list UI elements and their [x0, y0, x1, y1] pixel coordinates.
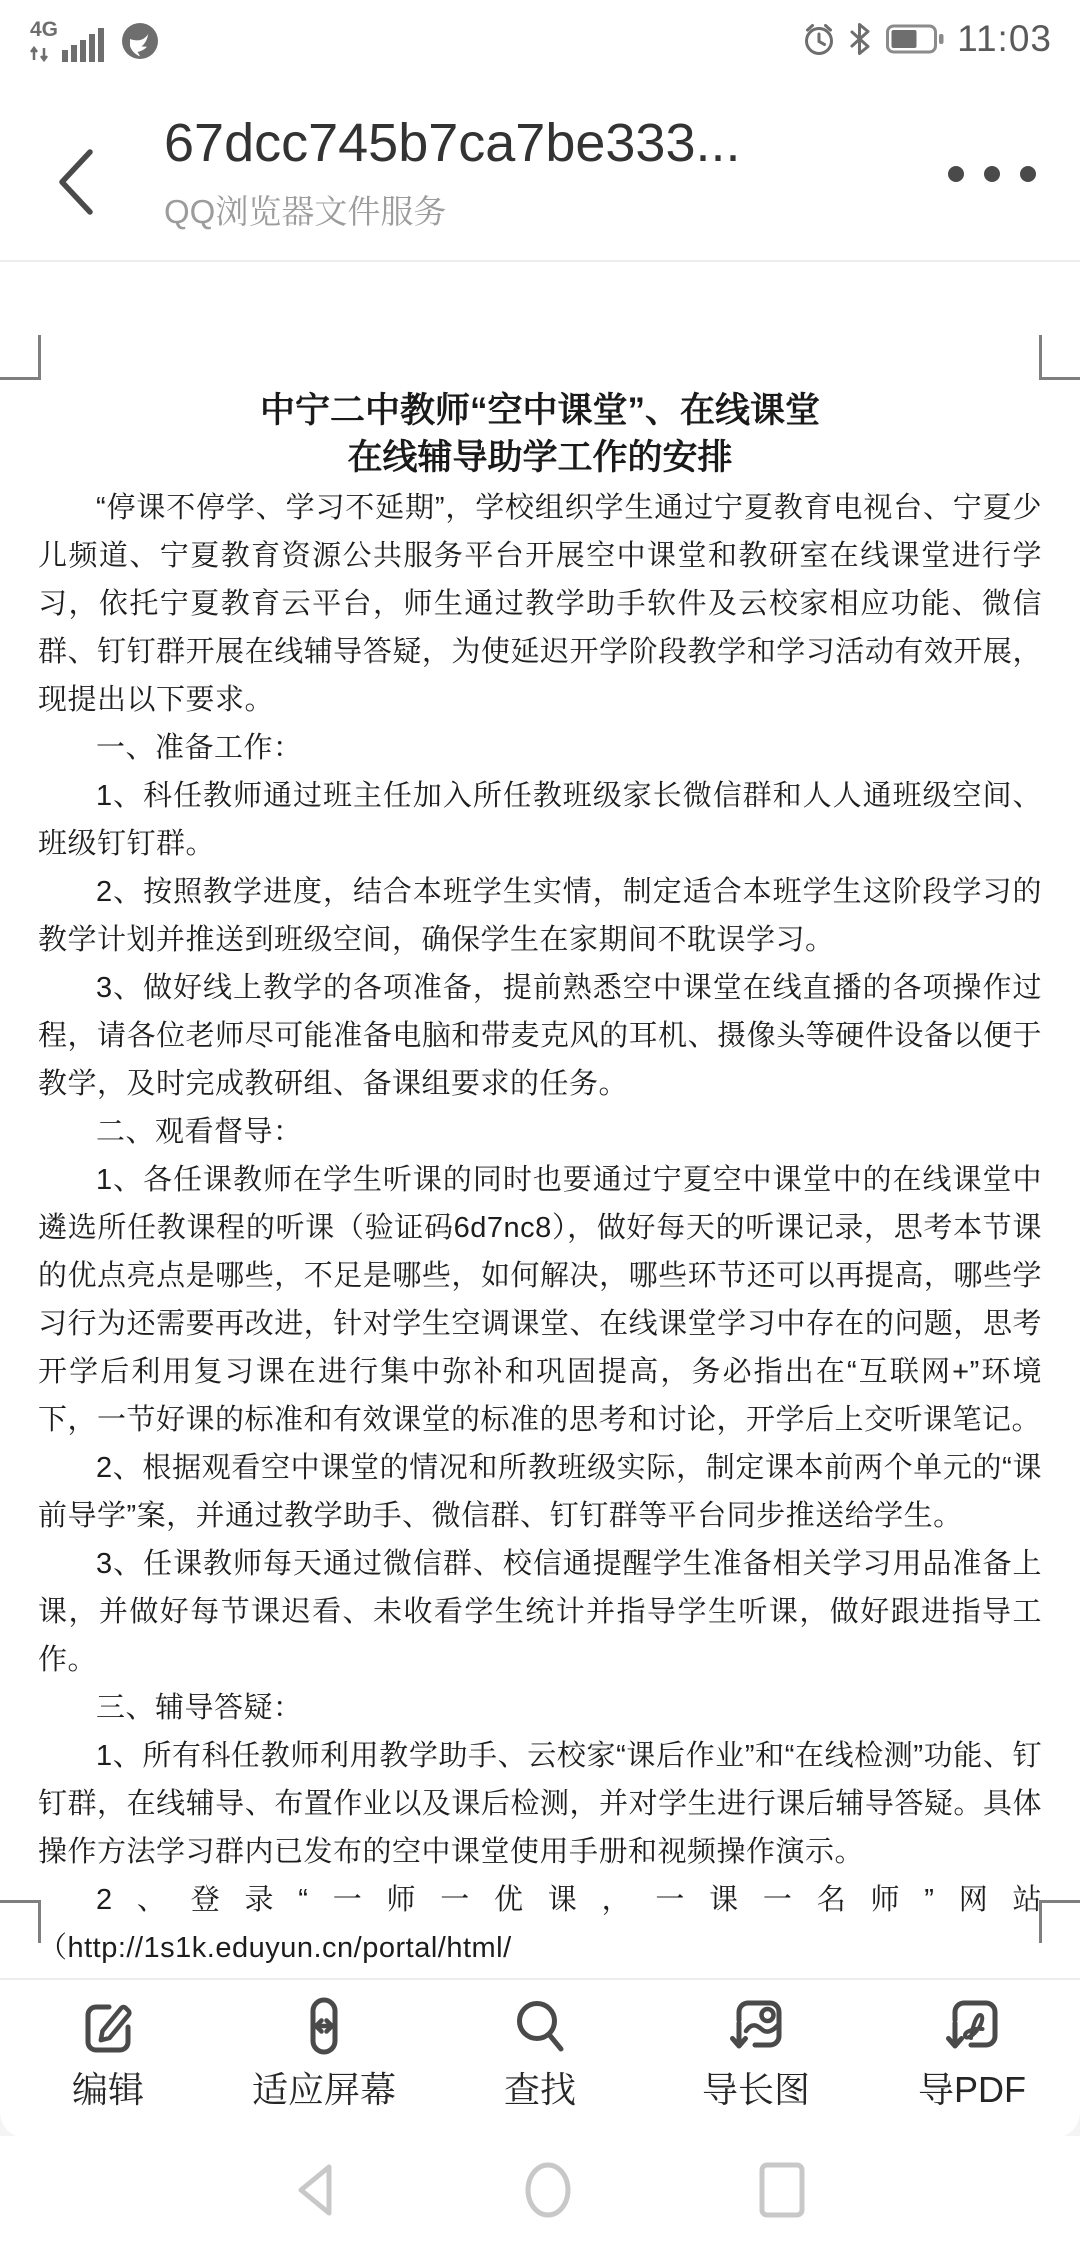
- export-long-image-button[interactable]: 导长图: [648, 1980, 864, 2138]
- edit-button[interactable]: 编辑: [0, 1980, 216, 2138]
- tool-label: 导长图: [702, 2062, 810, 2113]
- paragraph: 3、做好线上教学的各项准备，提前熟悉空中课堂在线直播的各项操作过程，请各位老师尽…: [38, 964, 1042, 1108]
- signal-icon: 4G: [30, 16, 110, 66]
- page-margin-mark-bottom-left: [0, 1900, 41, 1943]
- search-icon: [508, 1994, 572, 2058]
- tool-label: 适应屏幕: [252, 2062, 396, 2113]
- page-margin-mark-top-left: [0, 335, 41, 380]
- section-heading: 一、准备工作：: [38, 724, 1042, 772]
- status-bar: 4G: [0, 0, 1080, 72]
- network-type-label: 4G: [30, 18, 58, 41]
- paragraph: 2、按照教学进度，结合本班学生实情，制定适合本班学生这阶段学习的教学计划并推送到…: [38, 868, 1042, 964]
- tool-label: 编辑: [72, 2062, 144, 2113]
- paragraph: 2、根据观看空中课堂的情况和所教班级实际，制定课本前两个单元的“课前导学”案，并…: [38, 1444, 1042, 1540]
- tool-label: 查找: [504, 2062, 576, 2113]
- page-margin-mark-bottom-right: [1039, 1900, 1080, 1943]
- fit-screen-icon: [292, 1994, 356, 2058]
- export-long-image-icon: [724, 1994, 788, 2058]
- battery-icon: [886, 24, 944, 54]
- nav-back-icon[interactable]: [289, 2161, 337, 2219]
- document-title-line2: 在线辅导助学工作的安排: [0, 434, 1080, 481]
- phone-screen: 4G: [0, 0, 1080, 2244]
- nav-home-icon[interactable]: [524, 2161, 572, 2219]
- file-source-label: QQ浏览器文件服务: [164, 186, 924, 233]
- paragraph: 1、科任教师通过班主任加入所任教班级家长微信群和人人通班级空间、班级钉钉群。: [38, 772, 1042, 868]
- paragraph: 2、登录“一师一优课，一课一名师”网站（http://1s1k.eduyun.c…: [38, 1876, 1042, 1972]
- bluetooth-icon: [849, 22, 873, 56]
- tool-label: 导PDF: [918, 2062, 1026, 2113]
- section-heading: 二、观看督导：: [38, 1108, 1042, 1156]
- edit-icon: [76, 1994, 140, 2058]
- more-menu-icon[interactable]: [948, 166, 1036, 182]
- find-button[interactable]: 查找: [432, 1980, 648, 2138]
- clock-time: 11:03: [957, 18, 1052, 60]
- dingtalk-icon: [120, 21, 160, 61]
- paragraph: 3、任课教师每天通过微信群、校信通提醒学生准备相关学习用品准备上课，并做好每节课…: [38, 1540, 1042, 1684]
- document-title-line1: 中宁二中教师“空中课堂”、在线课堂: [0, 387, 1080, 434]
- paragraph: “停课不停学、学习不延期”，学校组织学生通过宁夏教育电视台、宁夏少儿频道、宁夏教…: [38, 484, 1042, 724]
- back-icon[interactable]: [52, 144, 98, 220]
- export-pdf-icon: [940, 1994, 1004, 2058]
- android-nav-bar: [0, 2136, 1080, 2244]
- document-body: “停课不停学、学习不延期”，学校组织学生通过宁夏教育电视台、宁夏少儿频道、宁夏教…: [38, 484, 1042, 1972]
- paragraph: 1、所有科任教师利用教学助手、云校家“课后作业”和“在线检测”功能、钉钉群，在线…: [38, 1732, 1042, 1876]
- nav-recents-icon[interactable]: [758, 2161, 806, 2219]
- document-toolbar: 编辑 适应屏幕 查找 导长图: [0, 1978, 1080, 2138]
- page-margin-mark-top-right: [1039, 335, 1080, 380]
- section-heading: 三、辅导答疑：: [38, 1684, 1042, 1732]
- document-title: 中宁二中教师“空中课堂”、在线课堂 在线辅导助学工作的安排: [0, 387, 1080, 481]
- export-pdf-button[interactable]: 导PDF: [864, 1980, 1080, 2138]
- file-title: 67dcc745b7ca7be333...: [164, 112, 924, 174]
- alarm-icon: [802, 22, 836, 56]
- fit-screen-button[interactable]: 适应屏幕: [216, 1980, 432, 2138]
- file-header: 67dcc745b7ca7be333... QQ浏览器文件服务: [0, 72, 1080, 262]
- paragraph: 1、各任课教师在学生听课的同时也要通过宁夏空中课堂中的在线课堂中遴选所任教课程的…: [38, 1156, 1042, 1444]
